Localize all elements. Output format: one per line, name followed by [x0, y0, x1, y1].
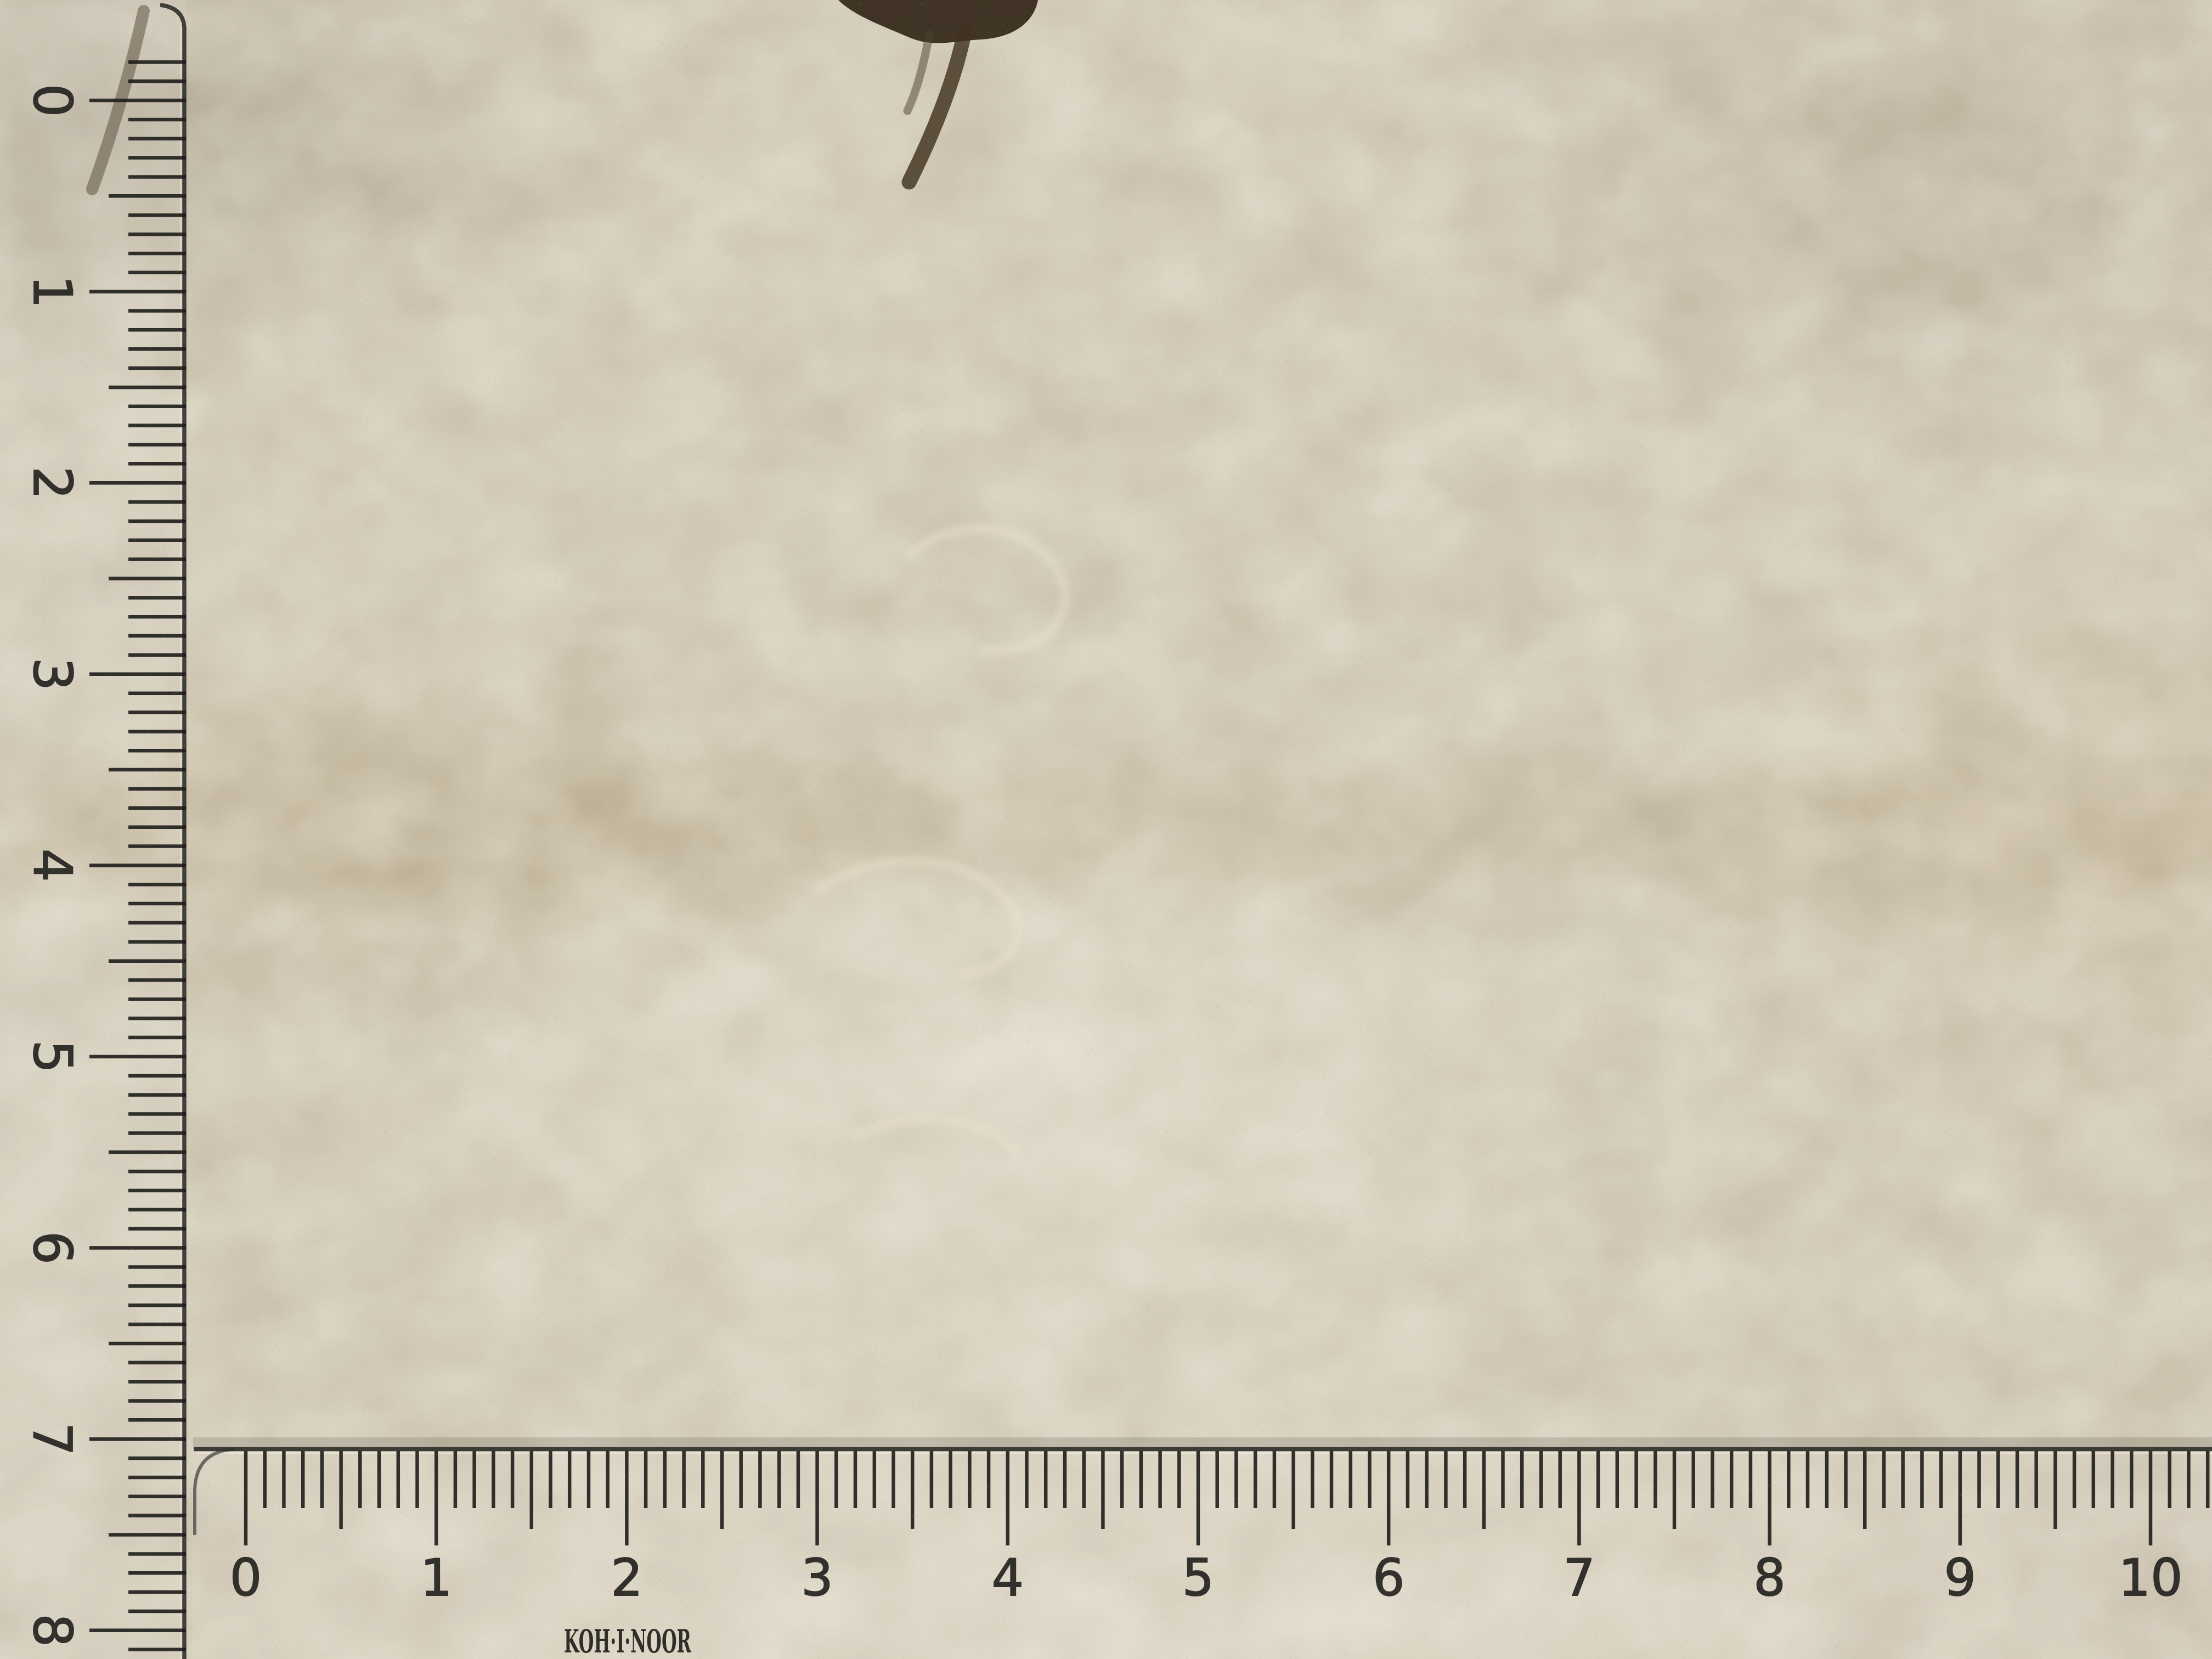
- photo-stage: 012345678 012345678910 KOH·I·NOOR: [0, 0, 2212, 1659]
- photo-grain: [0, 0, 2212, 1659]
